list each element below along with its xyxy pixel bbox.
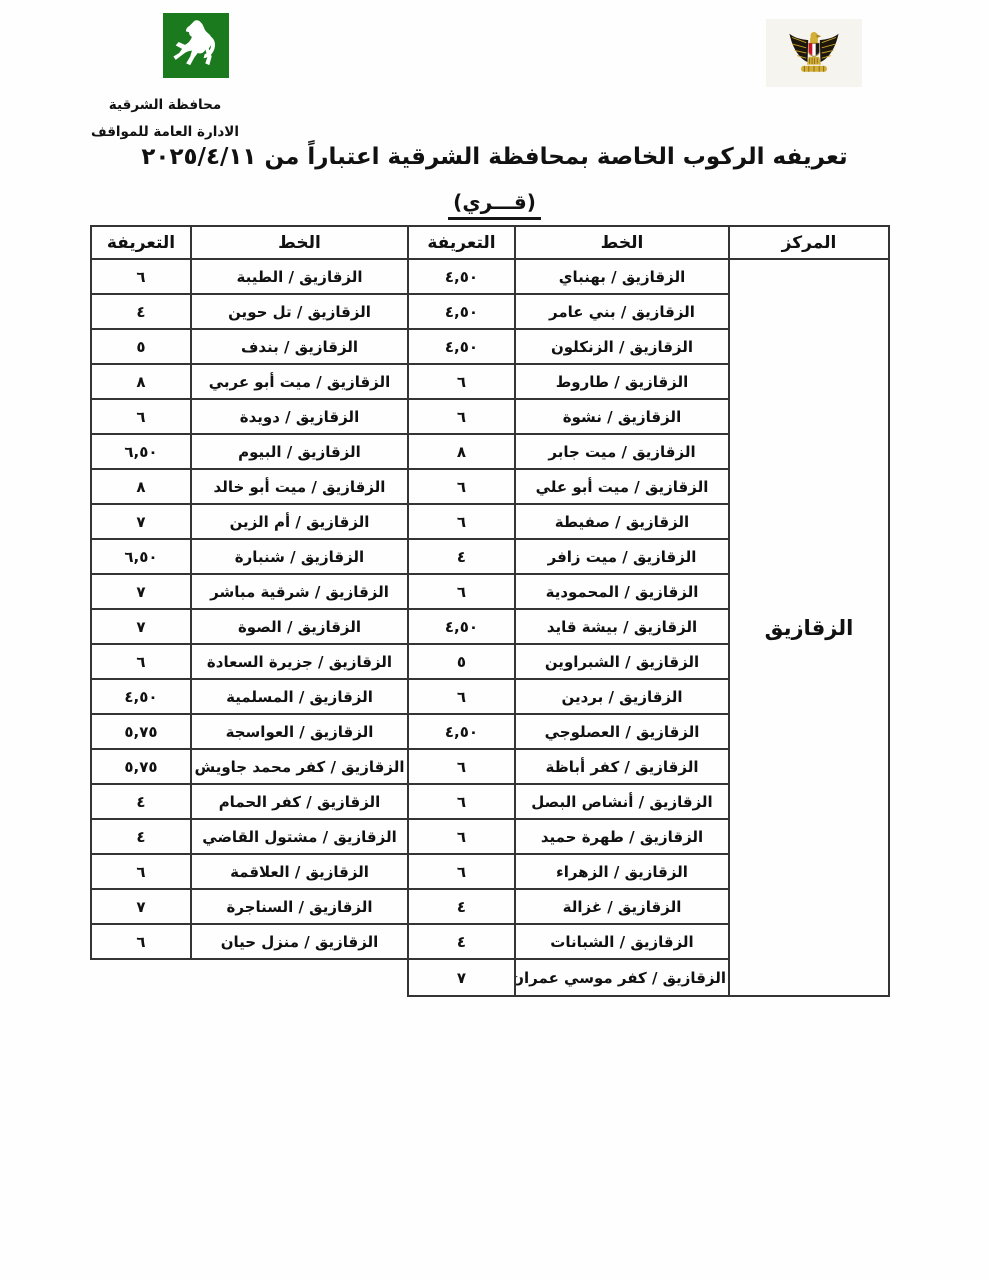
- fare-cell: ٤,٥٠: [408, 259, 515, 294]
- fare-cell: ٤: [408, 924, 515, 959]
- route-cell: الزقازيق / منزل حيان: [191, 924, 408, 959]
- route-cell: الزقازيق / بردين: [515, 679, 729, 714]
- table-row: الزقازيقالزقازيق / بهنباي٤,٥٠الزقازيق / …: [91, 259, 889, 294]
- route-cell: الزقازيق / الصوة: [191, 609, 408, 644]
- route-cell: الزقازيق / كفر موسي عمران: [515, 959, 729, 996]
- route-cell: [191, 959, 408, 996]
- route-cell: الزقازيق / العصلوجي: [515, 714, 729, 749]
- fare-cell: ٦: [408, 364, 515, 399]
- route-cell: الزقازيق / ميت جابر: [515, 434, 729, 469]
- fare-cell: ٤,٥٠: [408, 714, 515, 749]
- fare-cell: ٦: [91, 854, 191, 889]
- page-title: تعريفه الركوب الخاصة بمحافظة الشرقية اعت…: [0, 144, 989, 170]
- col-header-markaz: المركز: [729, 226, 889, 259]
- fare-cell: ٧: [91, 609, 191, 644]
- fare-cell: ٦: [408, 819, 515, 854]
- fare-cell: ٦: [91, 644, 191, 679]
- fare-cell: ٦: [408, 679, 515, 714]
- route-cell: الزقازيق / المحمودية: [515, 574, 729, 609]
- route-cell: الزقازيق / الشبراوين: [515, 644, 729, 679]
- subtitle-villages: (قـــري): [448, 190, 541, 220]
- document-page: محافظة الشرقية الادارة العامة للمواقف: [0, 0, 989, 1280]
- egypt-eagle-emblem: [766, 19, 862, 87]
- subtitle-row: (قـــري): [0, 190, 989, 220]
- route-cell: الزقازيق / الزهراء: [515, 854, 729, 889]
- fare-cell: ٨: [91, 469, 191, 504]
- route-cell: الزقازيق / الطيبة: [191, 259, 408, 294]
- route-cell: الزقازيق / كفر الحمام: [191, 784, 408, 819]
- fare-cell: ٦: [408, 469, 515, 504]
- fare-cell: ٥,٧٥: [91, 714, 191, 749]
- route-cell: الزقازيق / جزيرة السعادة: [191, 644, 408, 679]
- tariff-table: المركز الخط التعريفة الخط التعريفة الزقا…: [90, 225, 890, 997]
- route-cell: الزقازيق / دويدة: [191, 399, 408, 434]
- fare-cell: ٦,٥٠: [91, 539, 191, 574]
- route-cell: الزقازيق / المسلمية: [191, 679, 408, 714]
- fare-cell: ٦: [408, 574, 515, 609]
- route-cell: الزقازيق / غزالة: [515, 889, 729, 924]
- fare-cell: ٧: [91, 504, 191, 539]
- fare-cell: ٦: [91, 259, 191, 294]
- fare-cell: ٤,٥٠: [408, 329, 515, 364]
- fare-cell: ٧: [91, 889, 191, 924]
- route-cell: الزقازيق / بندف: [191, 329, 408, 364]
- route-cell: الزقازيق / البيوم: [191, 434, 408, 469]
- sharqia-horse-logo: [163, 13, 229, 78]
- route-cell: الزقازيق / العلاقمة: [191, 854, 408, 889]
- eagle-icon: [783, 23, 845, 83]
- tariff-table-body: الزقازيقالزقازيق / بهنباي٤,٥٠الزقازيق / …: [91, 259, 889, 996]
- col-header-fare-left: التعريفة: [91, 226, 191, 259]
- col-header-fare-right: التعريفة: [408, 226, 515, 259]
- fare-cell: ٤: [91, 294, 191, 329]
- fare-cell: ٤: [408, 889, 515, 924]
- route-cell: الزقازيق / بيشة قايد: [515, 609, 729, 644]
- fare-cell: ٦: [408, 784, 515, 819]
- fare-cell: ٥,٧٥: [91, 749, 191, 784]
- fare-cell: ٥: [91, 329, 191, 364]
- fare-cell: ٦: [408, 399, 515, 434]
- route-cell: الزقازيق / ميت أبو علي: [515, 469, 729, 504]
- route-cell: الزقازيق / ميت زافر: [515, 539, 729, 574]
- route-cell: الزقازيق / شنبارة: [191, 539, 408, 574]
- route-cell: الزقازيق / طهرة حميد: [515, 819, 729, 854]
- route-cell: الزقازيق / كفر محمد جاويش: [191, 749, 408, 784]
- fare-cell: ٤,٥٠: [91, 679, 191, 714]
- fare-cell: ٤,٥٠: [408, 609, 515, 644]
- governorate-name: محافظة الشرقية: [55, 97, 275, 113]
- route-cell: الزقازيق / السناجرة: [191, 889, 408, 924]
- fare-cell: ٦: [408, 854, 515, 889]
- route-cell: الزقازيق / بهنباي: [515, 259, 729, 294]
- fare-cell: ٨: [91, 364, 191, 399]
- fare-cell: [91, 959, 191, 996]
- route-cell: الزقازيق / أم الزين: [191, 504, 408, 539]
- fare-cell: ٤: [408, 539, 515, 574]
- route-cell: الزقازيق / تل حوين: [191, 294, 408, 329]
- route-cell: الزقازيق / ميت أبو عربي: [191, 364, 408, 399]
- col-header-line-left: الخط: [191, 226, 408, 259]
- horse-icon: [166, 17, 226, 75]
- fare-cell: ٨: [408, 434, 515, 469]
- route-cell: الزقازيق / شرقية مباشر: [191, 574, 408, 609]
- markaz-cell: الزقازيق: [729, 259, 889, 996]
- fare-cell: ٦: [408, 504, 515, 539]
- fare-cell: ٦: [408, 749, 515, 784]
- fare-cell: ٧: [91, 574, 191, 609]
- fare-cell: ٧: [408, 959, 515, 996]
- route-cell: الزقازيق / العواسجة: [191, 714, 408, 749]
- fare-cell: ٤: [91, 784, 191, 819]
- route-cell: الزقازيق / الشبانات: [515, 924, 729, 959]
- route-cell: الزقازيق / بني عامر: [515, 294, 729, 329]
- route-cell: الزقازيق / أنشاص البصل: [515, 784, 729, 819]
- route-cell: الزقازيق / صفيطة: [515, 504, 729, 539]
- fare-cell: ٥: [408, 644, 515, 679]
- department-name: الادارة العامة للمواقف: [55, 124, 275, 140]
- route-cell: الزقازيق / ميت أبو خالد: [191, 469, 408, 504]
- fare-cell: ٦,٥٠: [91, 434, 191, 469]
- fare-cell: ٤,٥٠: [408, 294, 515, 329]
- fare-cell: ٦: [91, 399, 191, 434]
- col-header-line-right: الخط: [515, 226, 729, 259]
- table-header-row: المركز الخط التعريفة الخط التعريفة: [91, 226, 889, 259]
- fare-cell: ٤: [91, 819, 191, 854]
- route-cell: الزقازيق / كفر أباظة: [515, 749, 729, 784]
- route-cell: الزقازيق / الزنكلون: [515, 329, 729, 364]
- route-cell: الزقازيق / مشتول القاضي: [191, 819, 408, 854]
- fare-cell: ٦: [91, 924, 191, 959]
- route-cell: الزقازيق / نشوة: [515, 399, 729, 434]
- route-cell: الزقازيق / طاروط: [515, 364, 729, 399]
